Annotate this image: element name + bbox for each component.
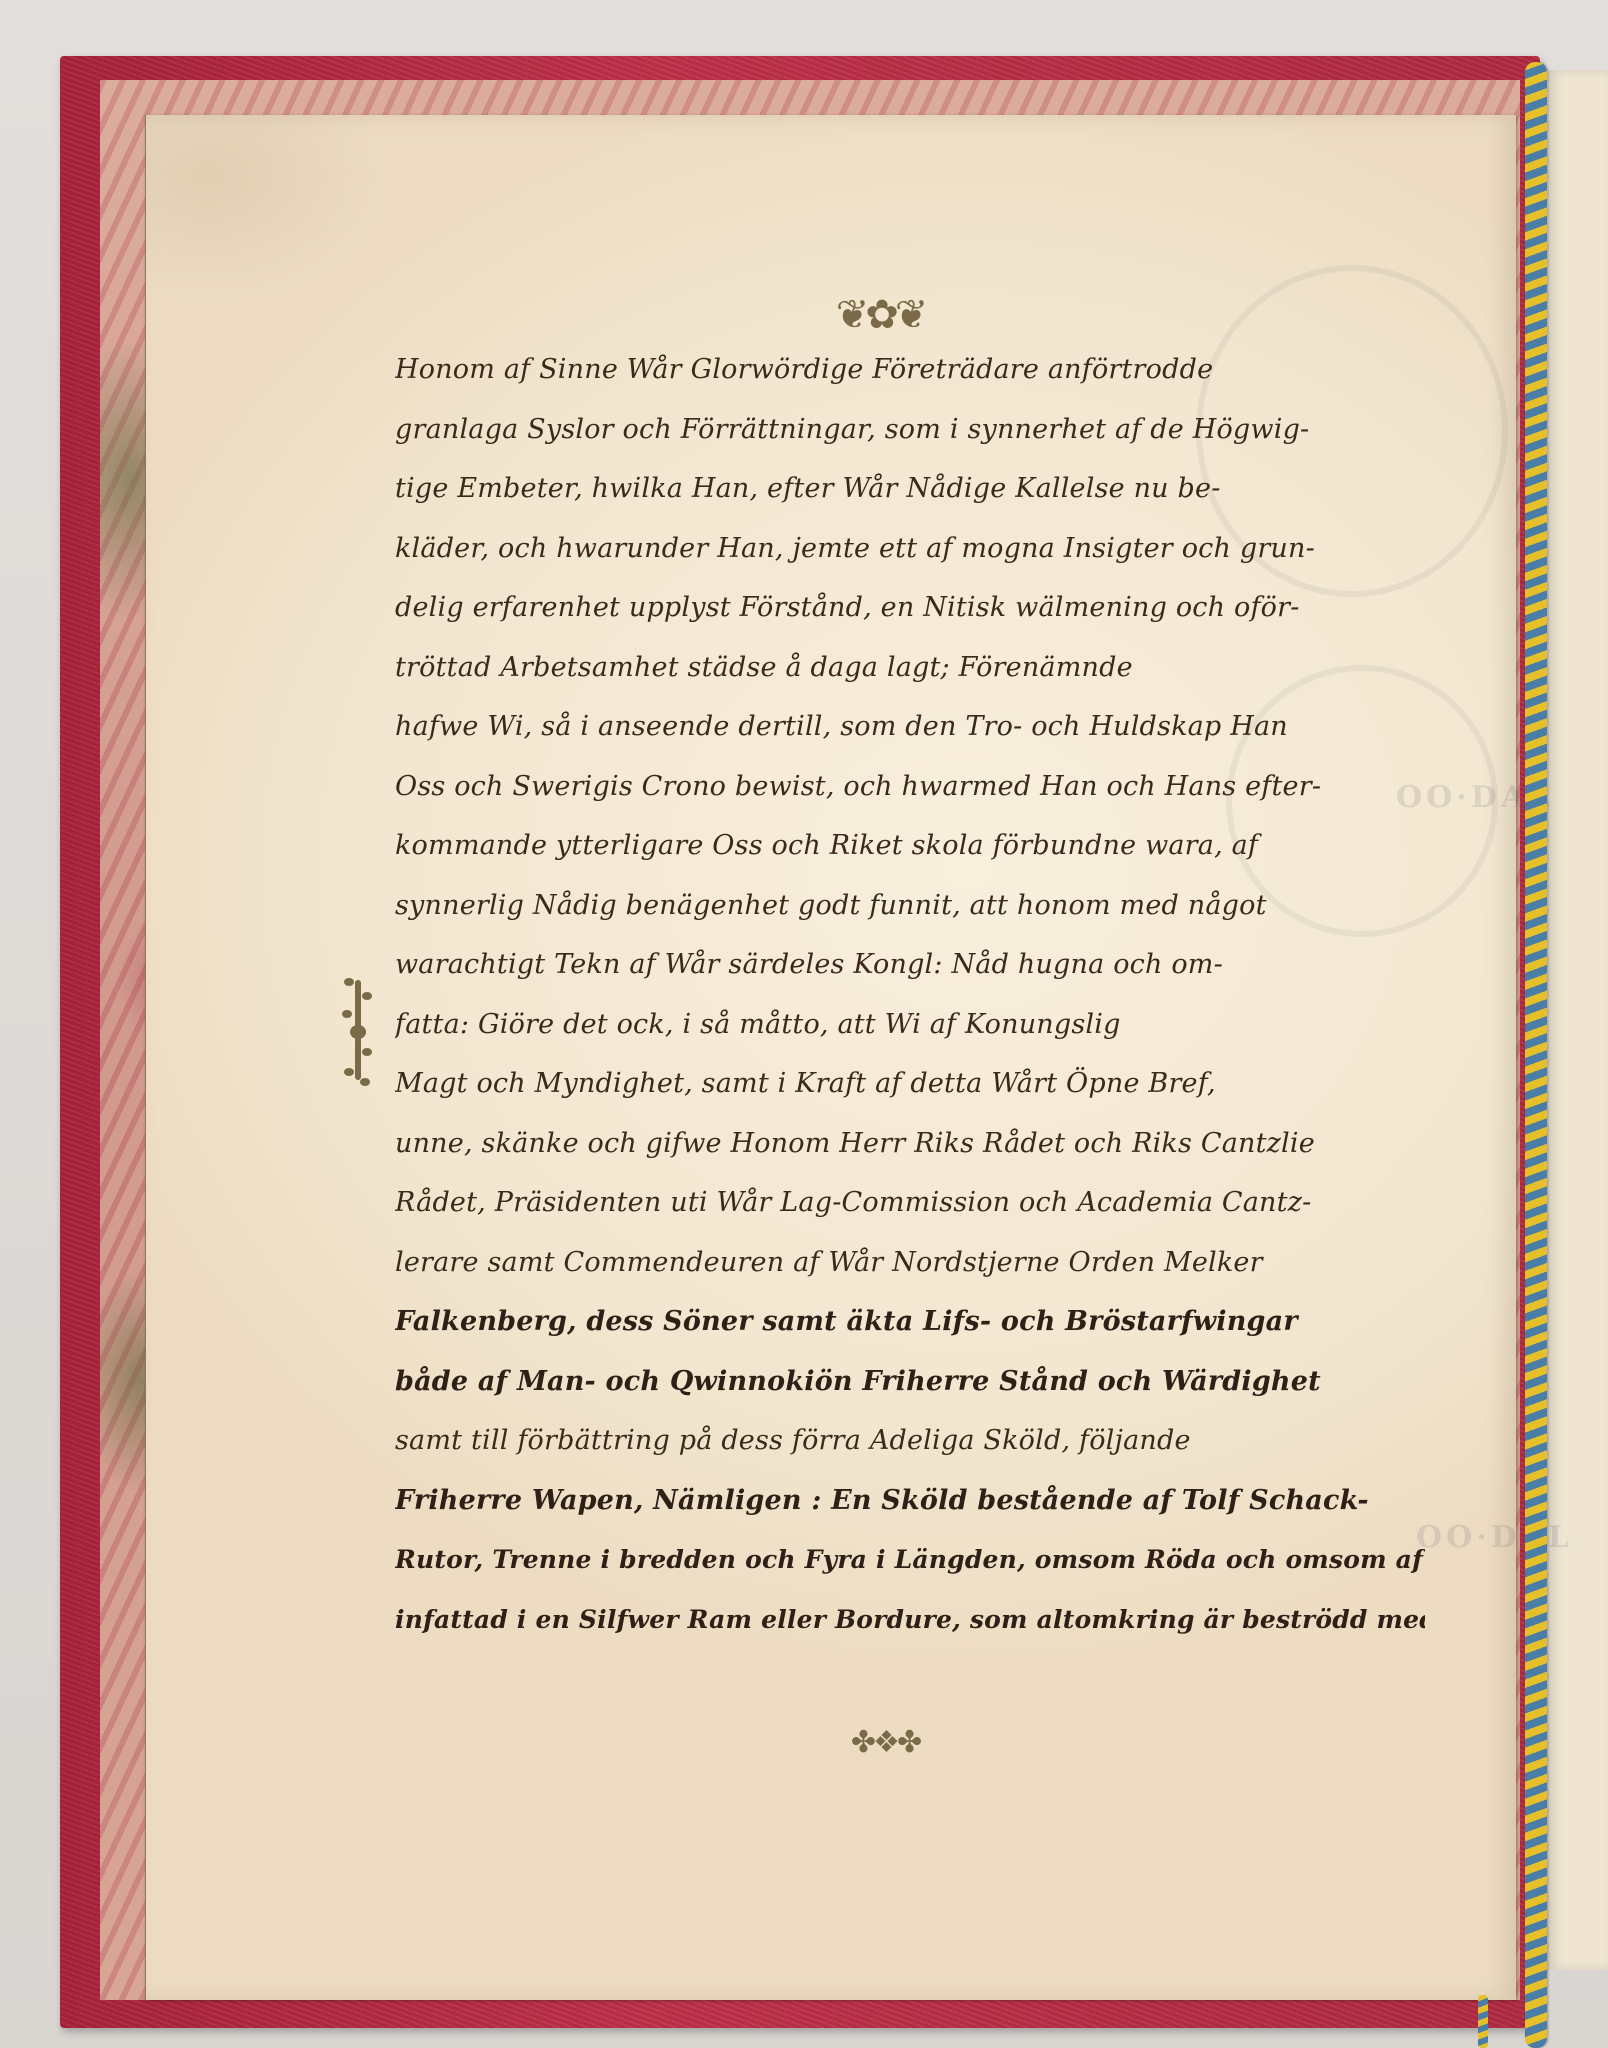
margin-floral-ornament-icon	[340, 970, 376, 1090]
bleed-through-text: OO·DAL	[1416, 1520, 1573, 1555]
text-line: fatta: Giöre det ock, i så måtto, att Wi…	[395, 995, 1425, 1055]
text-line: granlaga Syslor och Förrättningar, som i…	[395, 400, 1425, 460]
text-line: lerare samt Commendeuren af Wår Nordstje…	[395, 1233, 1425, 1293]
text-line: Magt och Myndighet, samt i Kraft af dett…	[395, 1054, 1425, 1114]
text-line: både af Man- och Qwinnokiön Friherre Stå…	[395, 1352, 1425, 1412]
text-line: unne, skänke och gifwe Honom Herr Riks R…	[395, 1114, 1425, 1174]
bookmark-cord[interactable]	[1525, 62, 1547, 2048]
bookmark-cord-tail	[1478, 1995, 1488, 2048]
text-line: infattad i en Silfwer Ram eller Bordure,…	[395, 1590, 1425, 1650]
text-line: Rådet, Präsidenten uti Wår Lag-Commissio…	[395, 1173, 1425, 1233]
adjacent-page-edge	[1548, 70, 1608, 1970]
text-line: warachtigt Tekn af Wår särdeles Kongl: N…	[395, 935, 1425, 995]
text-line: Rutor, Trenne i bredden och Fyra i Längd…	[395, 1530, 1425, 1590]
text-line: samt till förbättring på dess förra Adel…	[395, 1411, 1425, 1471]
floral-ornament-icon: ❦✿❦	[790, 292, 970, 338]
text-line: Friherre Wapen, Nämligen : En Sköld best…	[395, 1471, 1425, 1531]
text-line: Oss och Swerigis Crono bewist, och hwarm…	[395, 757, 1425, 817]
text-line: Honom af Sinne Wår Glorwördige Företräda…	[395, 340, 1425, 400]
text-line: kommande ytterligare Oss och Riket skola…	[395, 816, 1425, 876]
text-line-name: Falkenberg, dess Söner samt äkta Lifs- o…	[395, 1292, 1425, 1352]
text-line: hafwe Wi, så i anseende dertill, som den…	[395, 697, 1425, 757]
manuscript-text: Honom af Sinne Wår Glorwördige Företräda…	[395, 340, 1425, 1649]
text-line: synnerlig Nådig benägenhet godt funnit, …	[395, 876, 1425, 936]
text-line: delig erfarenhet upplyst Förstånd, en Ni…	[395, 578, 1425, 638]
floral-ornament-icon: ✤❖✤	[840, 1725, 930, 1760]
text-line: tige Embeter, hwilka Han, efter Wår Nådi…	[395, 459, 1425, 519]
text-line: tröttad Arbetsamhet städse å daga lagt; …	[395, 638, 1425, 698]
text-line: kläder, och hwarunder Han, jemte ett af …	[395, 519, 1425, 579]
